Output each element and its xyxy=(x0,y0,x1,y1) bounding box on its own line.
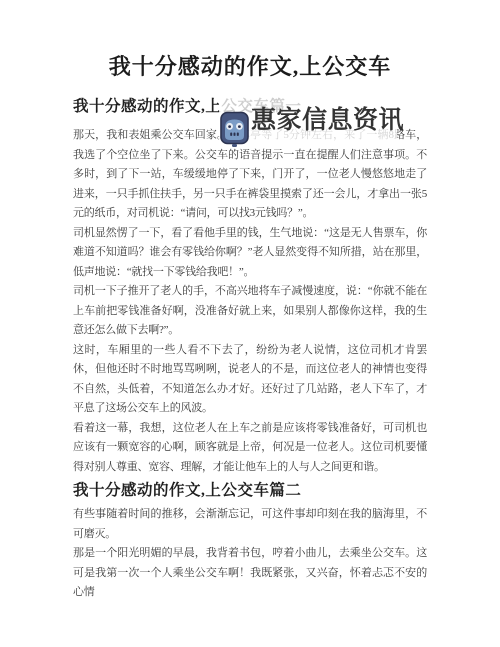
section-heading-2-text: 我十分感动的作文,上公交车篇二 xyxy=(73,482,301,499)
section-heading-2: 我十分感动的作文,上公交车篇二 xyxy=(73,480,427,501)
essay-paragraph: 那是一个阳光明媚的早晨，我背着书包，哼着小曲儿，去乘坐公交车。这可是我第一次一个… xyxy=(73,544,427,603)
section-2-paragraphs: 有些事随着时间的推移，会渐渐忘记，可这件事却印刻在我的脑海里，不可磨灭。 那是一… xyxy=(73,505,427,603)
essay-content: 我十分感动的作文,上公交车篇一 那天，我和表姐乘公交车回家。在车亭等了5分钟左右… xyxy=(73,96,427,603)
document-page: 我十分感动的作文,上公交车 我十分感动的作文,上公交车篇一 那天，我和表姐乘公交… xyxy=(0,0,500,647)
watermark-text: 惠家信息资讯 xyxy=(251,105,404,135)
essay-paragraph: 看着这一幕，我想，这位老人在上车之前是应该将零钱准备好，可司机也应该有一颗宽容的… xyxy=(73,419,427,478)
essay-paragraph: 司机显然愣了一下，看了看他手里的钱，生气地说：“这是无人售票车，你难道不知道吗？… xyxy=(73,224,427,283)
essay-paragraph: 有些事随着时间的推移，会渐渐忘记，可这件事却印刻在我的脑海里，不可磨灭。 xyxy=(73,505,427,544)
section-heading-1-dark: 我十分感动的作文,上 xyxy=(73,98,221,115)
section-1-paragraphs: 那天，我和表姐乘公交车回家。在车亭等了5分钟左右，来了一辆8路车，我选了个空位坐… xyxy=(73,126,427,477)
page-title: 我十分感动的作文,上公交车 xyxy=(0,0,500,82)
essay-paragraph: 司机一下子推开了老人的手，不高兴地将车子减慢速度，说：“你就不能在上车前把零钱准… xyxy=(73,282,427,341)
essay-paragraph: 这时，车厢里的一些人看不下去了，纷纷为老人说情，这位司机才肯罢休，但他还时不时地… xyxy=(73,341,427,419)
robot-logo-icon xyxy=(220,110,249,148)
